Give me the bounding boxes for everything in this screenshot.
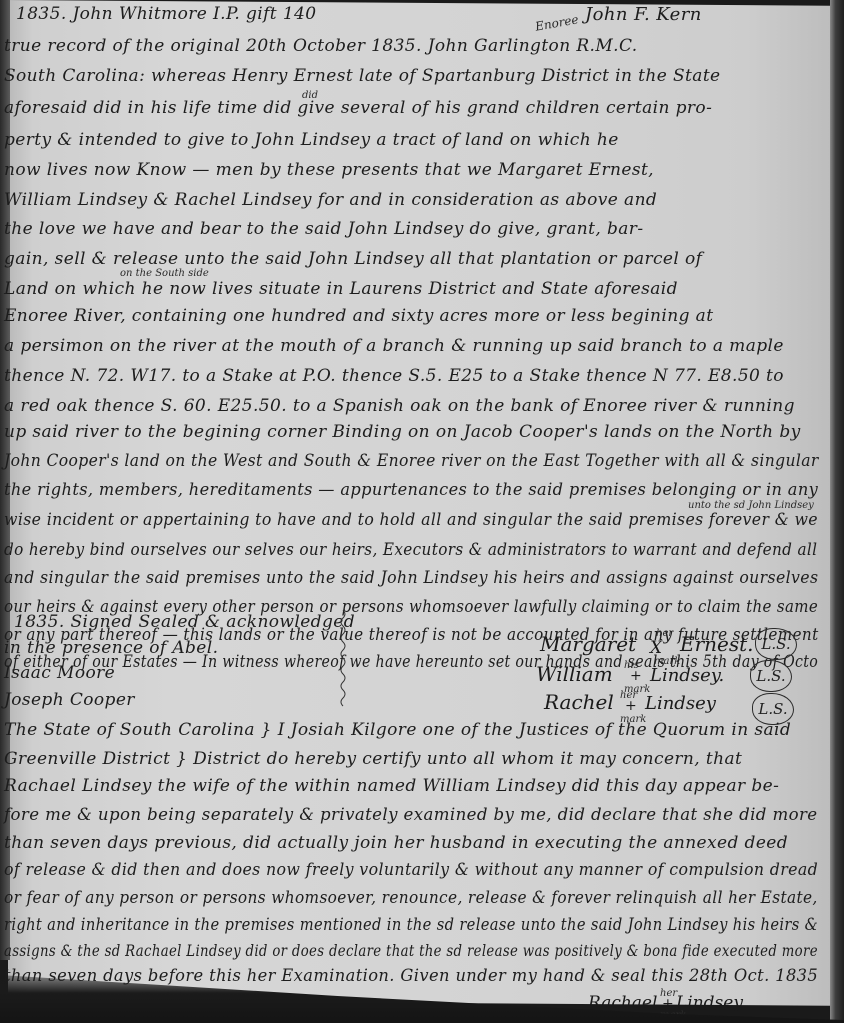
certificate-line: fore me & upon being separately & privat…: [4, 805, 818, 825]
body-line: the love we have and bear to the said Jo…: [4, 219, 643, 239]
interlineation: on the South side: [120, 268, 209, 279]
body-line: wise incident or appertaining to have an…: [4, 510, 818, 530]
body-line: and singular the said premises unto the …: [4, 568, 818, 588]
certificate-line: Rachael Lindsey the wife of the within n…: [4, 776, 779, 796]
signed-sealed-line: 1835. Signed Sealed & acknowledged: [14, 612, 355, 632]
mark-symbol: +: [625, 698, 637, 714]
witness-name: Isaac Moore: [4, 663, 115, 683]
signer-last-name: Ernest.: [680, 632, 754, 656]
body-line: now lives now Know — men by these presen…: [4, 160, 654, 180]
certificate-line: than seven days previous, did actually j…: [4, 833, 788, 853]
body-line: a red oak thence S. 60. E25.50. to a Spa…: [4, 396, 795, 416]
certificate-line: The State of South Carolina } I Josiah K…: [4, 720, 791, 740]
recorder-name: John F. Kern: [585, 4, 702, 25]
body-line: John Cooper's land on the West and South…: [4, 451, 819, 471]
certificate-line: assigns & the sd Rachael Lindsey did or …: [4, 942, 818, 960]
body-line: true record of the original 20th October…: [4, 36, 638, 56]
certificate-line: Greenville District } District do hereby…: [4, 749, 742, 769]
header-line: 1835. John Whitmore I.P. gift 140: [16, 4, 316, 24]
body-line: William Lindsey & Rachel Lindsey for and…: [4, 190, 657, 210]
body-line: do hereby bind ourselves our selves our …: [4, 540, 817, 560]
body-line: a persimon on the river at the mouth of …: [4, 336, 784, 356]
body-line: gain, sell & release unto the said John …: [4, 249, 702, 269]
body-line: the rights, members, hereditaments — app…: [4, 480, 818, 500]
seal-ls: L.S.: [755, 628, 797, 660]
body-line: thence N. 72. W17. to a Stake at P.O. th…: [4, 366, 784, 386]
seal-text: L.S.: [756, 667, 785, 685]
signer-last-name: Lindsey.: [650, 665, 724, 686]
signer-first-name: Margaret: [540, 632, 636, 656]
signer-first-name: Rachel: [544, 690, 614, 714]
body-line: aforesaid did in his life time did give …: [4, 98, 712, 118]
signer-last-name: Lindsey: [645, 693, 716, 714]
body-line: South Carolina: whereas Henry Ernest lat…: [4, 66, 721, 86]
witness-line: in the presence of Abel.: [4, 638, 218, 658]
seal-ls: L.S.: [750, 660, 792, 692]
signer-first-name: William: [536, 662, 613, 686]
mark-symbol: +: [630, 668, 642, 684]
mark-symbol: X: [650, 638, 662, 658]
certificate-line: or fear of any person or persons whomsoe…: [4, 888, 818, 908]
seal-text: L.S.: [758, 700, 787, 718]
seal-text: L.S.: [761, 635, 790, 653]
witness-name: Joseph Cooper: [4, 690, 135, 710]
flourish-divider: [338, 610, 348, 710]
certificate-line: right and inheritance in the premises me…: [4, 915, 818, 935]
certificate-line: of release & did then and does now freel…: [4, 860, 818, 880]
body-line: Land on which he now lives situate in La…: [4, 279, 678, 299]
body-line: up said river to the begining corner Bin…: [4, 422, 801, 442]
page-edge: [830, 0, 844, 1023]
body-line: Enoree River, containing one hundred and…: [4, 306, 713, 326]
body-line: perty & intended to give to John Lindsey…: [4, 130, 619, 150]
